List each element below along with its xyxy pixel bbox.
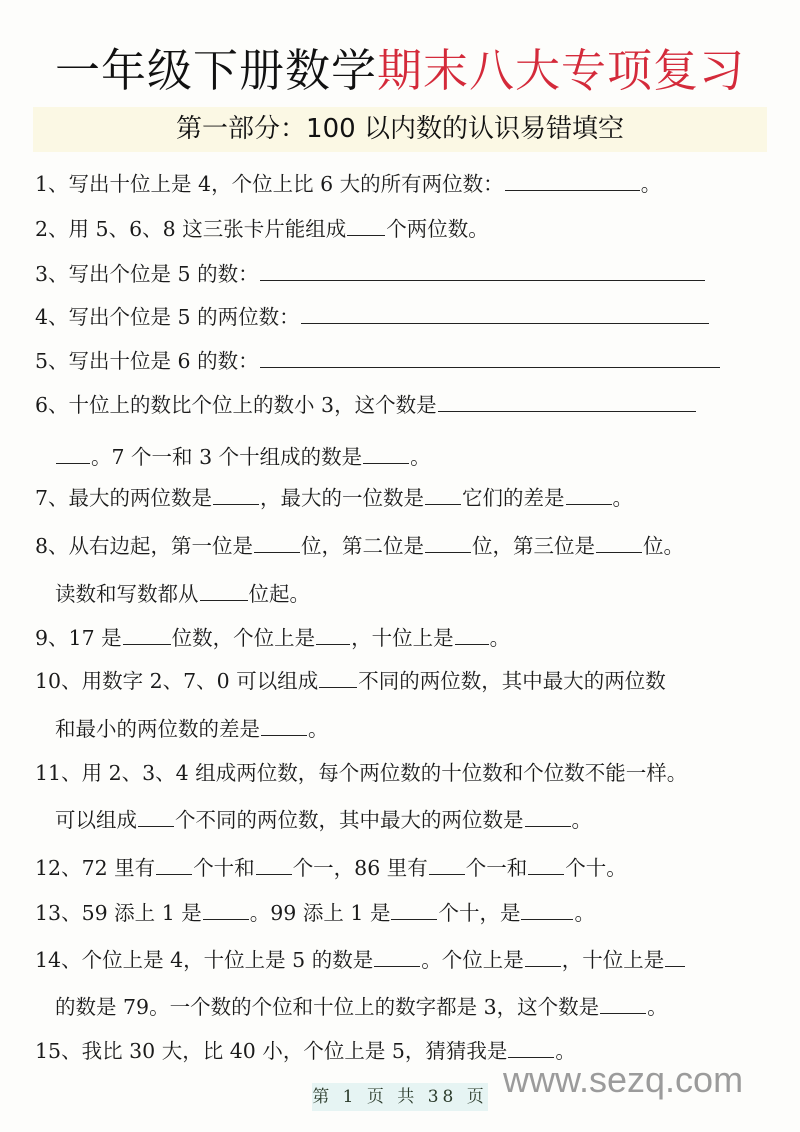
answer-blank[interactable] [374, 944, 420, 967]
answer-blank[interactable] [508, 1035, 554, 1058]
question-text: 13、59 添上 1 是 [35, 901, 202, 925]
page-number: 第 1 页 共 38 页 [312, 1083, 488, 1111]
answer-blank[interactable] [138, 804, 174, 827]
question-text: 。99 添上 1 是 [250, 901, 391, 925]
question-text: 3、写出个位是 5 的数： [35, 262, 259, 286]
question-text: 位起。 [249, 582, 311, 606]
question-text: 。7 个一和 3 个十组成的数是 [91, 445, 362, 469]
answer-blank[interactable] [665, 944, 685, 967]
question-text: 。 [572, 808, 593, 832]
answer-blank[interactable] [254, 530, 300, 553]
question-line: 2、用 5、6、8 这三张卡片能组成个两位数。 [35, 212, 489, 246]
question-text: 读数和写数都从 [55, 582, 199, 606]
answer-blank[interactable] [566, 482, 612, 505]
question-line: 13、59 添上 1 是。99 添上 1 是个十，是。 [35, 896, 595, 930]
answer-blank[interactable] [600, 991, 646, 1014]
question-text: 5、写出十位是 6 的数： [35, 349, 259, 373]
question-text: 。 [641, 172, 662, 196]
watermark: www.sezq.com [503, 1058, 743, 1102]
question-line: 12、72 里有个十和个一，86 里有个一和个十。 [35, 851, 627, 885]
question-line: 11、用 2、3、4 组成两位数，每个两位数的十位数和个位数不能一样。 [35, 756, 687, 790]
title-black-part: 一年级下册数学 [55, 44, 377, 97]
answer-blank[interactable] [256, 852, 292, 875]
question-text: 6、十位上的数比个位上的数小 3，这个数是 [35, 393, 437, 417]
answer-blank[interactable] [425, 482, 461, 505]
question-line: 6、十位上的数比个位上的数小 3，这个数是 [35, 388, 697, 422]
question-text: ，十位上是 [351, 626, 454, 650]
question-text: 9、17 是 [35, 626, 122, 650]
question-text: 可以组成 [55, 808, 137, 832]
question-text: 。 [490, 626, 511, 650]
question-text: 14、个位上是 4，十位上是 5 的数是 [35, 948, 373, 972]
question-text: 11、用 2、3、4 组成两位数，每个两位数的十位数和个位数不能一样。 [35, 761, 687, 785]
question-line: 14、个位上是 4，十位上是 5 的数是。个位上是，十位上是 [35, 943, 686, 977]
answer-blank[interactable] [301, 301, 709, 324]
question-text: 个十。 [565, 856, 627, 880]
question-text: 个一，86 里有 [293, 856, 428, 880]
answer-blank[interactable] [521, 897, 573, 920]
question-line: 10、用数字 2、7、0 可以组成不同的两位数，其中最大的两位数 [35, 664, 666, 698]
question-text: 个一和 [466, 856, 528, 880]
answer-blank[interactable] [528, 852, 564, 875]
answer-blank[interactable] [525, 944, 561, 967]
question-line: 5、写出十位是 6 的数： [35, 344, 721, 378]
question-text: 1、写出十位上是 4，个位上比 6 大的所有两位数： [35, 172, 504, 196]
question-continuation-line: 和最小的两位数的差是。 [55, 712, 329, 746]
question-text: 不同的两位数，其中最大的两位数 [358, 669, 666, 693]
question-text: 10、用数字 2、7、0 可以组成 [35, 669, 318, 693]
answer-blank[interactable] [56, 441, 90, 464]
answer-blank[interactable] [156, 852, 192, 875]
question-line: 8、从右边起，第一位是位，第二位是位，第三位是位。 [35, 529, 684, 563]
question-continuation-line: 。7 个一和 3 个十组成的数是。 [55, 440, 431, 474]
answer-blank[interactable] [261, 713, 307, 736]
question-text: 个不同的两位数，其中最大的两位数是 [175, 808, 524, 832]
answer-blank[interactable] [505, 168, 640, 191]
question-line: 1、写出十位上是 4，个位上比 6 大的所有两位数：。 [35, 167, 661, 201]
question-text: 7、最大的两位数是 [35, 486, 212, 510]
section-subtitle: 第一部分：100 以内数的认识易错填空 [0, 107, 800, 152]
answer-blank[interactable] [425, 530, 471, 553]
answer-blank[interactable] [347, 213, 385, 236]
question-text: 2、用 5、6、8 这三张卡片能组成 [35, 217, 346, 241]
question-text: 。个位上是 [421, 948, 524, 972]
question-text: 位数，个位上是 [172, 626, 316, 650]
question-text: 它们的差是 [462, 486, 565, 510]
answer-blank[interactable] [438, 389, 696, 412]
question-text: 的数是 79。一个数的个位和十位上的数字都是 3，这个数是 [55, 995, 599, 1019]
question-text: 12、72 里有 [35, 856, 155, 880]
question-text: 和最小的两位数的差是 [55, 717, 260, 741]
question-text: 个十，是 [438, 901, 520, 925]
question-text: 。 [574, 901, 595, 925]
answer-blank[interactable] [200, 578, 248, 601]
title-red-part: 期末八大专项复习 [377, 44, 745, 97]
question-text: 。 [410, 445, 431, 469]
question-continuation-line: 读数和写数都从位起。 [55, 577, 310, 611]
answer-blank[interactable] [319, 665, 357, 688]
question-text: ，最大的一位数是 [260, 486, 424, 510]
question-text: 8、从右边起，第一位是 [35, 534, 253, 558]
question-line: 3、写出个位是 5 的数： [35, 257, 706, 291]
answer-blank[interactable] [203, 897, 249, 920]
answer-blank[interactable] [316, 622, 350, 645]
question-line: 15、我比 30 大，比 40 小，个位上是 5，猜猜我是。 [35, 1034, 576, 1068]
answer-blank[interactable] [391, 897, 437, 920]
question-text: 4、写出个位是 5 的两位数： [35, 305, 300, 329]
answer-blank[interactable] [260, 258, 705, 281]
question-text: 个两位数。 [386, 217, 489, 241]
answer-blank[interactable] [429, 852, 465, 875]
answer-blank[interactable] [596, 530, 642, 553]
answer-blank[interactable] [123, 622, 171, 645]
question-text: 个十和 [193, 856, 255, 880]
question-line: 9、17 是位数，个位上是，十位上是。 [35, 621, 510, 655]
document-title: 一年级下册数学期末八大专项复习 [0, 40, 800, 102]
question-text: 位，第三位是 [472, 534, 595, 558]
question-text: 位，第二位是 [301, 534, 424, 558]
answer-blank[interactable] [260, 345, 720, 368]
worksheet-page: 一年级下册数学期末八大专项复习 第一部分：100 以内数的认识易错填空 1、写出… [0, 0, 800, 1132]
question-continuation-line: 可以组成个不同的两位数，其中最大的两位数是。 [55, 803, 592, 837]
question-line: 4、写出个位是 5 的两位数： [35, 300, 710, 334]
question-line: 7、最大的两位数是，最大的一位数是它们的差是。 [35, 481, 633, 515]
question-text: 。 [647, 995, 668, 1019]
question-continuation-line: 的数是 79。一个数的个位和十位上的数字都是 3，这个数是。 [55, 990, 668, 1024]
answer-blank[interactable] [363, 441, 409, 464]
answer-blank[interactable] [213, 482, 259, 505]
question-text: 15、我比 30 大，比 40 小，个位上是 5，猜猜我是 [35, 1039, 507, 1063]
question-text: 位。 [643, 534, 684, 558]
question-text: ，十位上是 [562, 948, 665, 972]
answer-blank[interactable] [455, 622, 489, 645]
question-text: 。 [613, 486, 634, 510]
question-text: 。 [308, 717, 329, 741]
answer-blank[interactable] [525, 804, 571, 827]
